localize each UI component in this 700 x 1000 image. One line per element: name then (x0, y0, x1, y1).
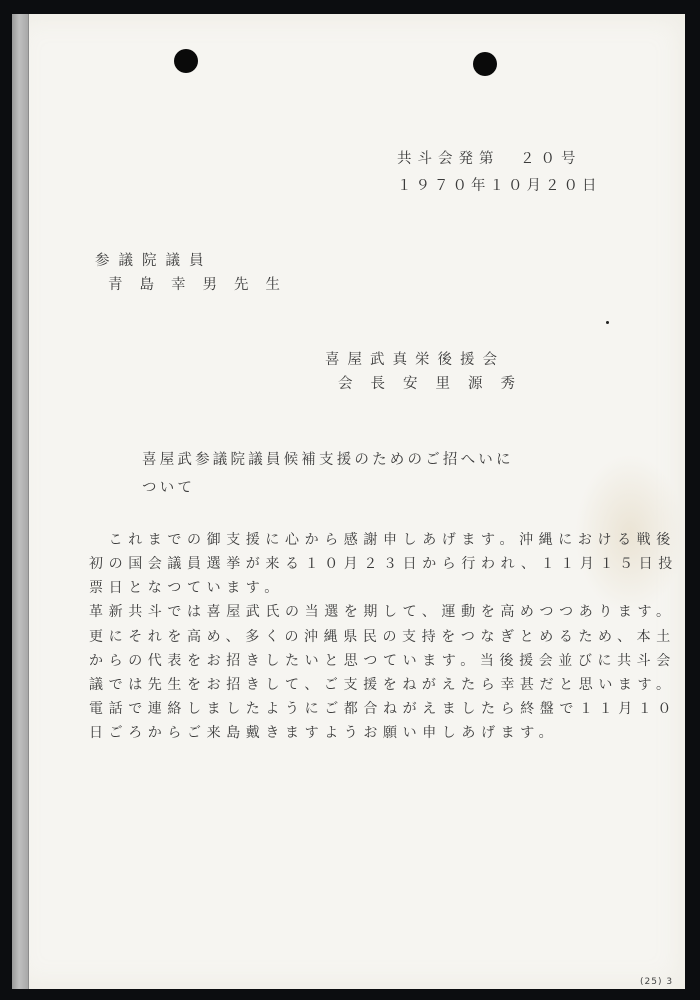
body-line: 電話で連絡しましたようにご都合ねがえましたら終盤で１１月１０ (89, 698, 677, 718)
body-line: からの代表をお招きしたいと思つています。当後援会並びに共斗会 (89, 650, 676, 670)
sender-organization: 喜屋武真栄後援会 (325, 348, 505, 369)
recipient-title: 参議院議員 (95, 249, 213, 270)
reference-number: 共斗会発第 ２０号 (397, 147, 582, 168)
body-line: 日ごろからご来島戴きますようお願い申しあげます。 (89, 722, 558, 742)
scanned-letter-page (12, 14, 685, 989)
body-line: 票日となつています。 (89, 577, 284, 597)
subject-line: 喜屋武参議院議員候補支援のためのご招へいに (142, 448, 514, 469)
body-line: 更にそれを高め、多くの沖縄県民の支持をつなぎとめるため、本土 (89, 626, 676, 646)
body-line: 議では先生をお招きして、ご支援をねがえたら幸甚だと思います。 (89, 674, 676, 694)
punch-hole-right (473, 52, 497, 76)
recipient-name: 青島幸男先生 (108, 273, 297, 294)
body-line: 初の国会議員選挙が来る１０月２３日から行われ、１１月１５日投 (89, 553, 678, 573)
letter-date: １９７０年１０月２０日 (397, 174, 601, 195)
archive-page-stamp: (25) 3 (640, 977, 673, 987)
sender-representative: 会長安里源秀 (338, 372, 533, 393)
binding-strip (12, 14, 29, 989)
body-line: これまでの御支援に心から感謝申しあげます。沖縄における戦後 (89, 529, 676, 549)
body-line: 革新共斗では喜屋武氏の当選を期して、運動を高めつつあります。 (89, 601, 676, 621)
paper-speck (606, 321, 609, 324)
punch-hole-left (174, 49, 198, 73)
subject-line: ついて (142, 476, 195, 497)
